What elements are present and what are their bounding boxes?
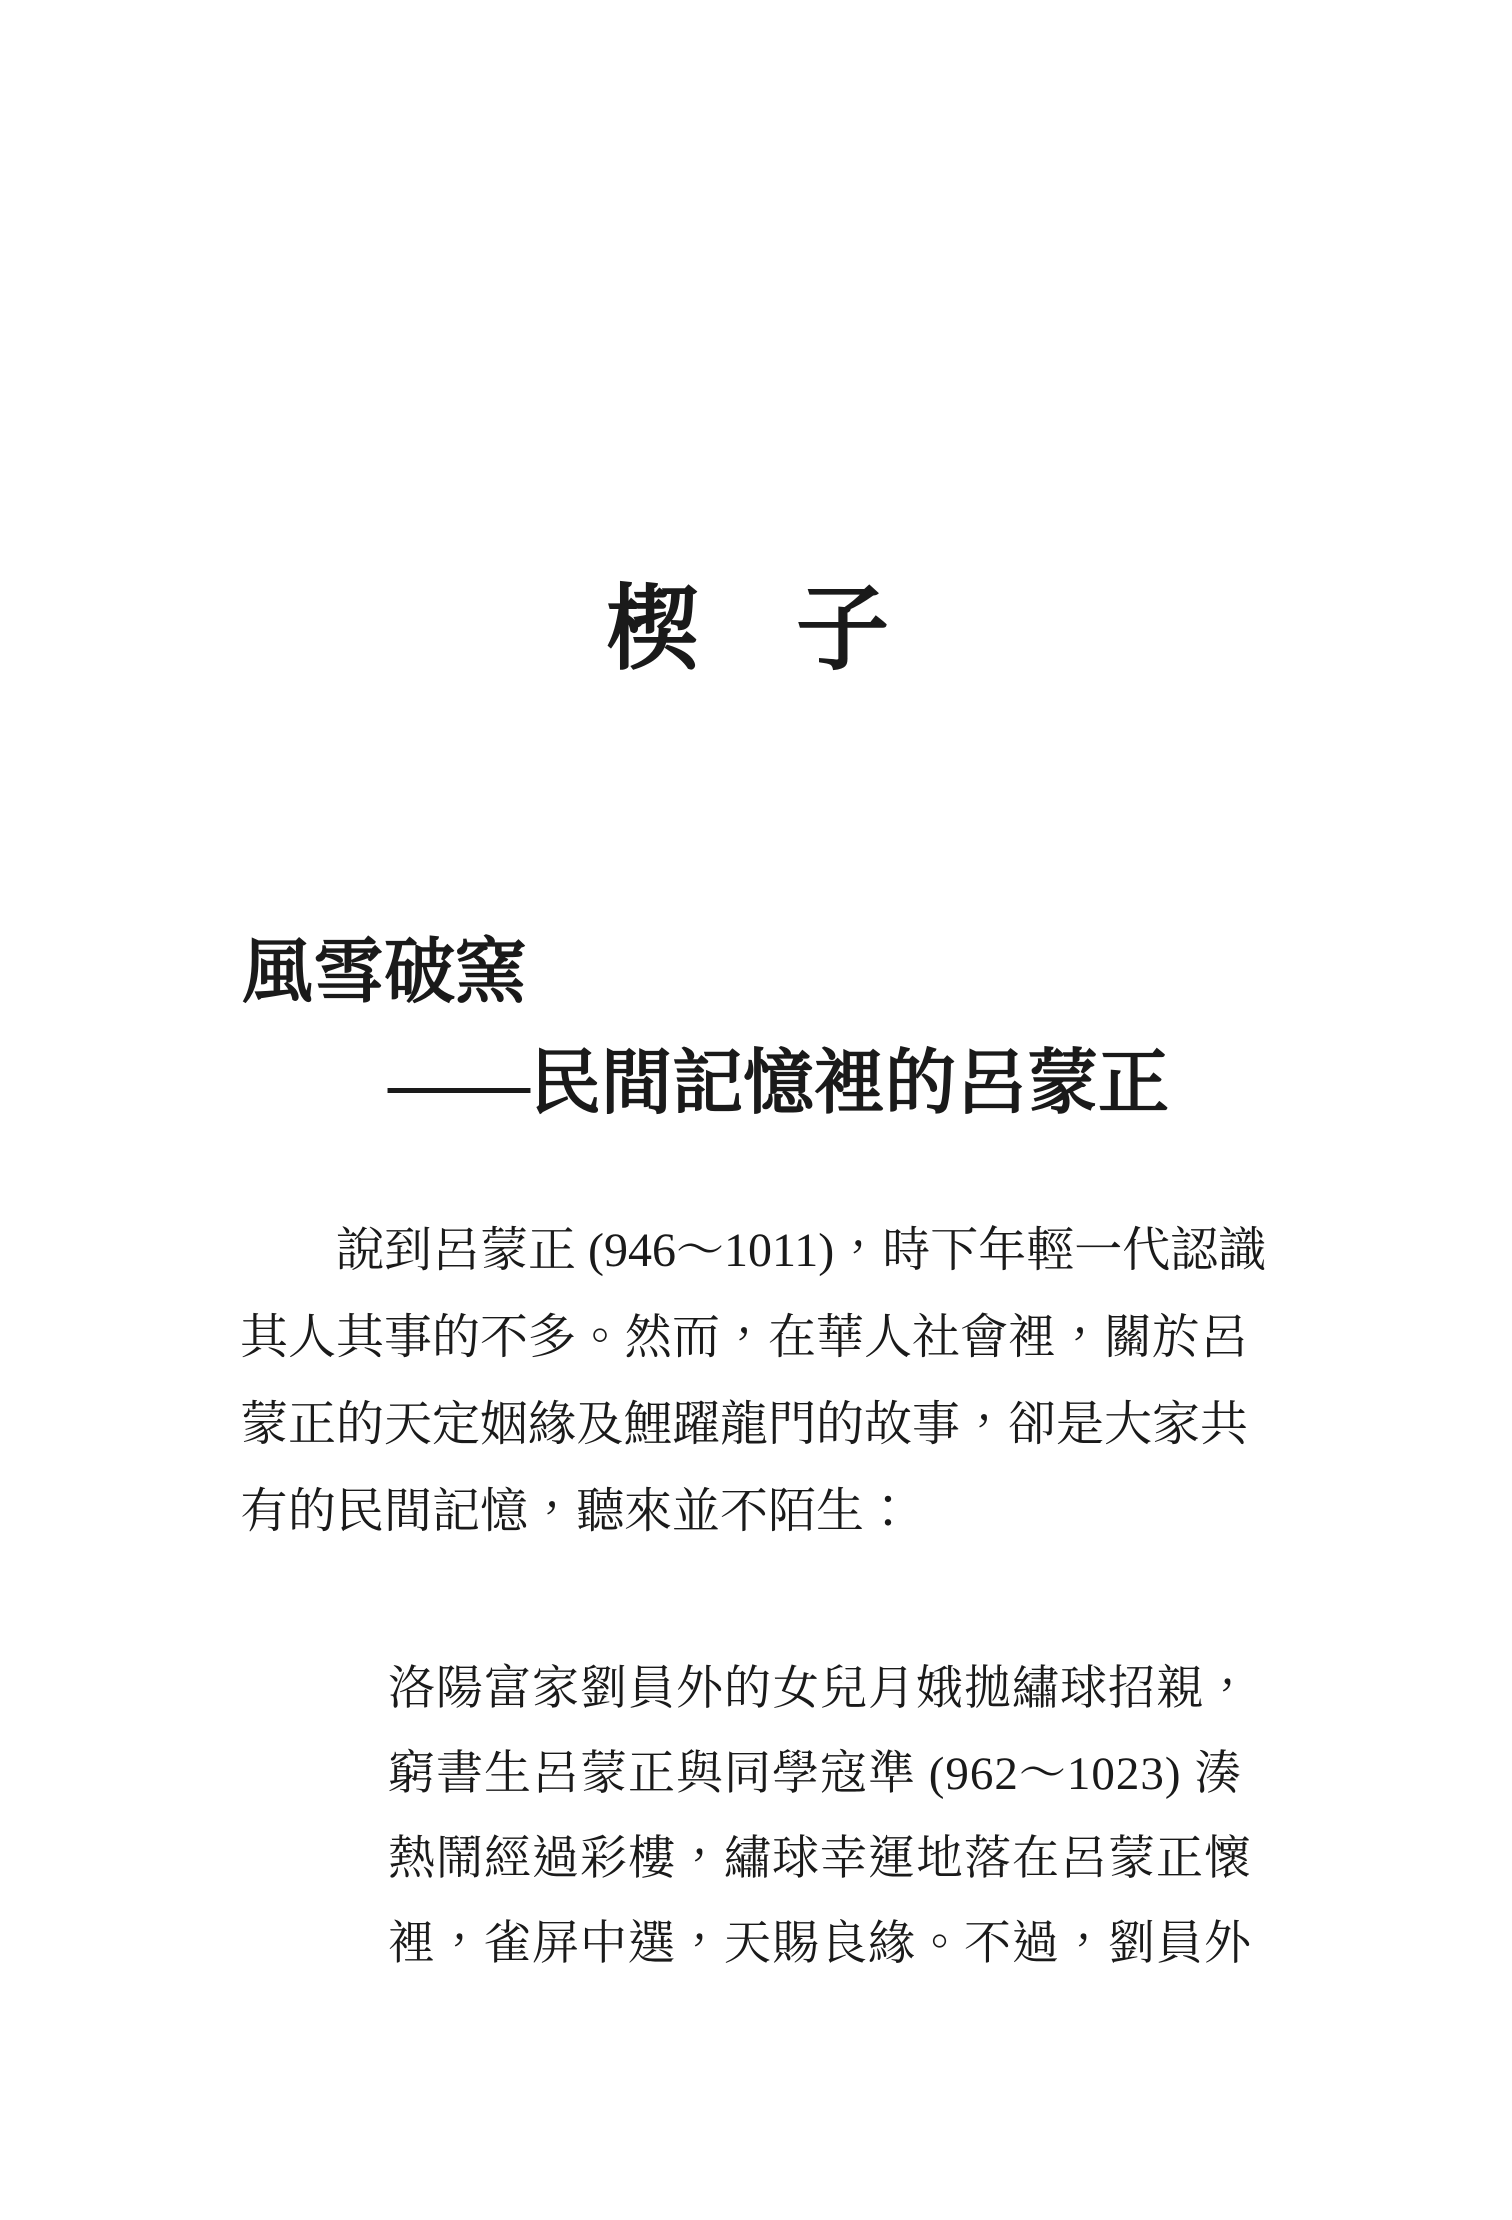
paragraph-line: 其人其事的不多。然而，在華人社會裡，關於呂 [240, 1294, 1250, 1381]
book-page: 楔 子 風雪破窯 ——民間記憶裡的呂蒙正 說到呂蒙正 (946～1011)，時下… [0, 0, 1512, 2220]
paragraph-line: 蒙正的天定姻緣及鯉躍龍門的故事，卻是大家共 [240, 1381, 1250, 1468]
quote-line: 洛陽富家劉員外的女兒月娥拋繡球招親， [388, 1647, 1258, 1732]
paragraph-line: 說到呂蒙正 (946～1011)，時下年輕一代認識 [240, 1207, 1250, 1294]
quote-line: 熱鬧經過彩樓，繡球幸運地落在呂蒙正懷 [388, 1817, 1258, 1902]
quote-line: 裡，雀屏中選，天賜良緣。不過，劉員外 [388, 1902, 1258, 1987]
chapter-title: 楔 子 [606, 584, 891, 677]
section-heading: 風雪破窯 [242, 938, 526, 1009]
paragraph-line: 有的民間記憶，聽來並不陌生： [240, 1468, 1250, 1555]
intro-paragraph: 說到呂蒙正 (946～1011)，時下年輕一代認識 其人其事的不多。然而，在華人… [240, 1207, 1250, 1555]
section-subtitle: ——民間記憶裡的呂蒙正 [388, 1049, 1169, 1120]
quote-line: 窮書生呂蒙正與同學寇準 (962～1023) 湊 [388, 1732, 1258, 1817]
block-quote: 洛陽富家劉員外的女兒月娥拋繡球招親， 窮書生呂蒙正與同學寇準 (962～1023… [388, 1647, 1258, 1987]
